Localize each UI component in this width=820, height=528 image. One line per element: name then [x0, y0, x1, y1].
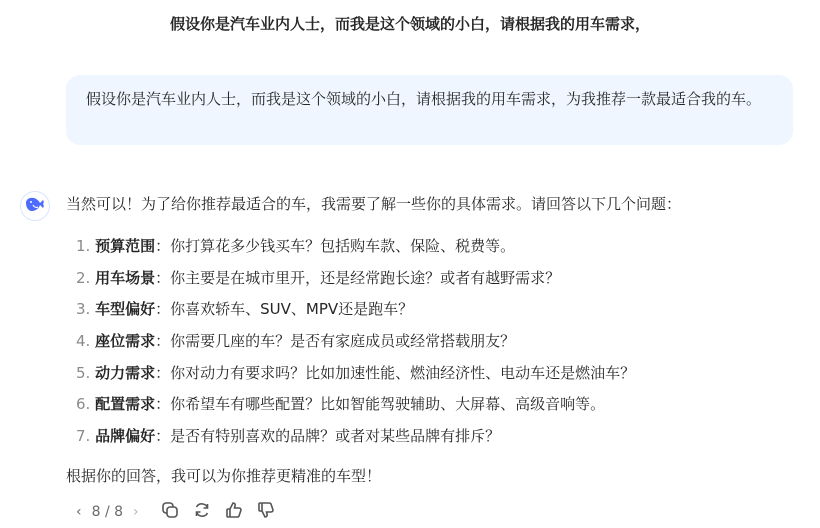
list-number: 3.	[76, 300, 90, 318]
list-text: ：你主要是在城市里开，还是经常跑长途？或者有越野需求？	[155, 269, 560, 287]
whale-logo-icon	[25, 196, 45, 216]
list-key: 品牌偏好	[95, 427, 155, 445]
prev-response-button[interactable]: ‹	[72, 504, 86, 520]
list-item: 6. 配置需求：你希望车有哪些配置？比如智能驾驶辅助、大屏幕、高级音响等。	[76, 392, 635, 424]
list-item: 2. 用车场景：你主要是在城市里开，还是经常跑长途？或者有越野需求？	[76, 266, 635, 298]
response-page-count: 8 / 8	[86, 504, 129, 520]
assistant-outro: 根据你的回答，我可以为你推荐更精准的车型！	[66, 464, 381, 488]
question-list: 1. 预算范围：你打算花多少钱买车？包括购车款、保险、税费等。 2. 用车场景：…	[76, 234, 635, 456]
list-text: ：是否有特别喜欢的品牌？或者对某些品牌有排斥？	[155, 427, 500, 445]
list-text: ：你打算花多少钱买车？包括购车款、保险、税费等。	[155, 237, 515, 255]
user-message-text: 假设你是汽车业内人士，而我是这个领域的小白，请根据我的用车需求，为我推荐一款最适…	[86, 90, 761, 108]
list-key: 车型偏好	[95, 300, 155, 318]
list-key: 预算范围	[95, 237, 155, 255]
list-text: ：你对动力有要求吗？比如加速性能、燃油经济性、电动车还是燃油车？	[155, 364, 635, 382]
list-number: 4.	[76, 332, 90, 350]
list-item: 4. 座位需求：你需要几座的车？是否有家庭成员或经常搭载朋友？	[76, 329, 635, 361]
list-text: ：你希望车有哪些配置？比如智能驾驶辅助、大屏幕、高级音响等。	[155, 395, 605, 413]
list-item: 5. 动力需求：你对动力有要求吗？比如加速性能、燃油经济性、电动车还是燃油车？	[76, 361, 635, 393]
thumbs-up-icon	[225, 501, 243, 523]
list-text: ：你喜欢轿车、SUV、MPV还是跑车？	[155, 300, 413, 318]
list-number: 7.	[76, 427, 90, 445]
list-number: 1.	[76, 237, 90, 255]
user-message-bubble: 假设你是汽车业内人士，而我是这个领域的小白，请根据我的用车需求，为我推荐一款最适…	[66, 75, 793, 145]
list-key: 动力需求	[95, 364, 155, 382]
thumbs-up-button[interactable]	[223, 501, 245, 523]
regenerate-button[interactable]	[191, 501, 213, 523]
next-response-button[interactable]: ›	[129, 504, 143, 520]
list-number: 2.	[76, 269, 90, 287]
list-item: 1. 预算范围：你打算花多少钱买车？包括购车款、保险、税费等。	[76, 234, 635, 266]
list-text: ：你需要几座的车？是否有家庭成员或经常搭载朋友？	[155, 332, 515, 350]
response-pager: ‹ 8 / 8 ›	[72, 504, 143, 520]
conversation-title: 假设你是汽车业内人士，而我是这个领域的小白，请根据我的用车需求，	[0, 12, 820, 36]
copy-icon	[161, 501, 179, 523]
thumbs-down-icon	[257, 501, 275, 523]
list-key: 用车场景	[95, 269, 155, 287]
thumbs-down-button[interactable]	[255, 501, 277, 523]
list-key: 座位需求	[95, 332, 155, 350]
copy-button[interactable]	[159, 501, 181, 523]
assistant-intro: 当然可以！为了给你推荐最适合的车，我需要了解一些你的具体需求。请回答以下几个问题…	[66, 192, 681, 216]
list-number: 6.	[76, 395, 90, 413]
message-actions: ‹ 8 / 8 ›	[72, 500, 277, 524]
list-number: 5.	[76, 364, 90, 382]
list-key: 配置需求	[95, 395, 155, 413]
assistant-avatar	[20, 191, 50, 221]
list-item: 7. 品牌偏好：是否有特别喜欢的品牌？或者对某些品牌有排斥？	[76, 424, 635, 456]
regenerate-icon	[193, 501, 211, 523]
list-item: 3. 车型偏好：你喜欢轿车、SUV、MPV还是跑车？	[76, 297, 635, 329]
